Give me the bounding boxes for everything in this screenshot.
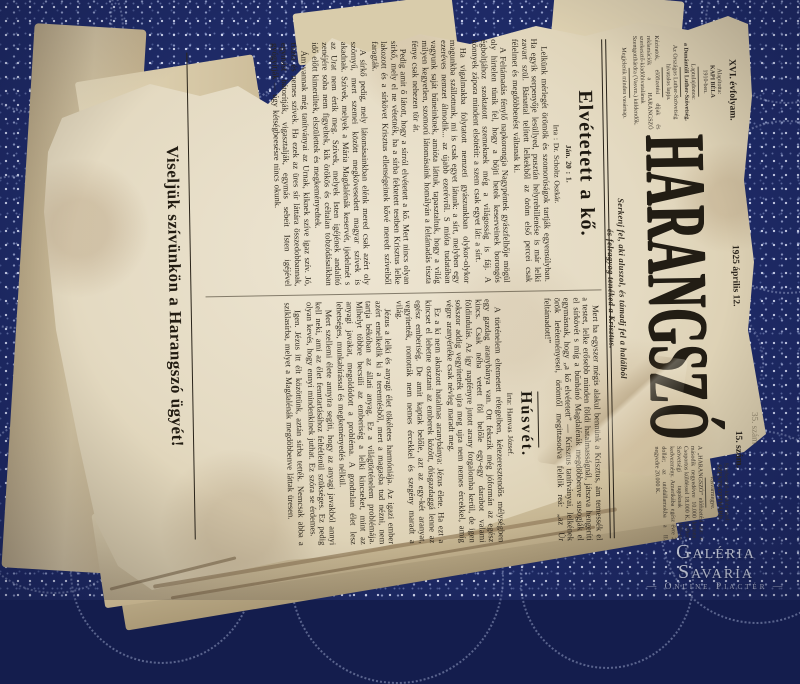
founder-name: KAPI BÉLA [707,34,716,128]
article-paragraph: A sírkő pedig, mely látomásainkban elénk… [310,41,372,285]
issue-date: 1925 április 12. [730,245,741,307]
manuscripts-note: Kéziratok, előfizetési díjak és reklamác… [628,34,662,131]
article-paragraph: Lelkünk mérlegét örömök és szomorúságok … [510,38,553,282]
article-paragraph: A történelem eltemetett rétegeiben, kéte… [444,299,506,543]
owner-name: a Dunántúli Luther-Szövetség. [681,35,690,129]
masthead: Alapította: KAPI BÉLA 1910-ben. Laptulaj… [611,33,732,542]
publication-schedule: Megjelenik minden vasárnap. [617,35,630,131]
article-paragraph: Ha vigalmakba folytatott nemzeti gyászun… [410,40,472,284]
article-paragraph: Jézus a lelki és anyagi élet tökéletes h… [334,301,396,545]
founder-group: Alapította: KAPI BÉLA 1910-ben. [697,33,724,129]
watermark-subtitle: — Online Piactér — [636,582,796,592]
subscription-rates: A „HARANGSZÓ” előfizetési ára: a második… [650,445,706,542]
masthead-motto: Serkenj fel, aki aluszol, és támadj fel … [604,131,630,446]
office-address-group: Szerkesztő-kiadóhivatal: SZENTGOTTHÁRD, … [705,444,732,540]
founder-info-block: Alapította: KAPI BÉLA 1910-ben. Laptulaj… [617,33,725,131]
article-columns: Elvétetett a kő. Ján. 20 : 1. Irta : Dr.… [195,35,610,549]
article-paragraph: A Feltámadás fénylő napkorongja Nagypént… [469,39,512,283]
office-city: SZENTGOTTHÁRD, [714,445,723,539]
issue-number: 15. szám. [733,431,744,468]
newspaper-title: HARANGSZÓ [628,129,726,446]
article-separator-rule [538,392,540,448]
article-paragraph: Pedig amit ő látott, hogy a sírról elvét… [369,41,412,285]
article-title: Elvétetett a kő. [573,37,599,281]
column-right: Mert ha egyszer mégis alakul bennünk a K… [200,297,604,547]
article-paragraph: Igen. Jézus itt élt közöttünk, aztán sír… [282,302,305,546]
margin-issue-note: 35. szám [750,412,761,444]
owner-label: Laptulajdonos: [690,64,697,100]
founded-year: 1910-ben. [701,69,707,93]
article-paragraph: Mert ha egyszer mégis alakul bennünk a K… [542,297,604,541]
footer-banner: Viseljük szívünkön a Harangszó ügyét! [160,53,195,540]
founded-label: Alapította: [716,68,722,94]
affiliation-note: Az Országos Luther-Szövetség hivatalos l… [661,34,681,130]
article-title: Húsvét. [515,298,537,542]
editorial-office-block: Szerkesztő-kiadóhivatal: SZENTGOTTHÁRD, … [650,444,732,541]
masthead-title-area: HARANGSZÓ Serkenj fel, aki aluszol, és t… [613,129,730,446]
office-label: Szerkesztő-kiadóhivatal: [723,463,730,522]
newspaper-front-page: XVI. évfolyam. 1925 április 12. 15. szám… [90,19,759,565]
article-paragraph: Ám vannak még tanítványai az Urnak, kikn… [269,43,312,287]
owner-group: Laptulajdonos: a Dunántúli Luther-Szövet… [679,34,699,130]
volume-label: XVI. évfolyam. [726,59,737,121]
office-county: Vasvármegye. [708,476,715,510]
column-left: Elvétetett a kő. Ján. 20 : 1. Irta : Dr.… [195,37,599,287]
article-paragraph: Ez a ki nem aknázott hatalmas aranybánya… [394,300,446,544]
photo-background: XVI. évfolyam. 1925 április 12. 15. szám… [0,0,800,600]
article-paragraph: Mert szellemi élete annyira segíti, hogy… [304,302,337,546]
